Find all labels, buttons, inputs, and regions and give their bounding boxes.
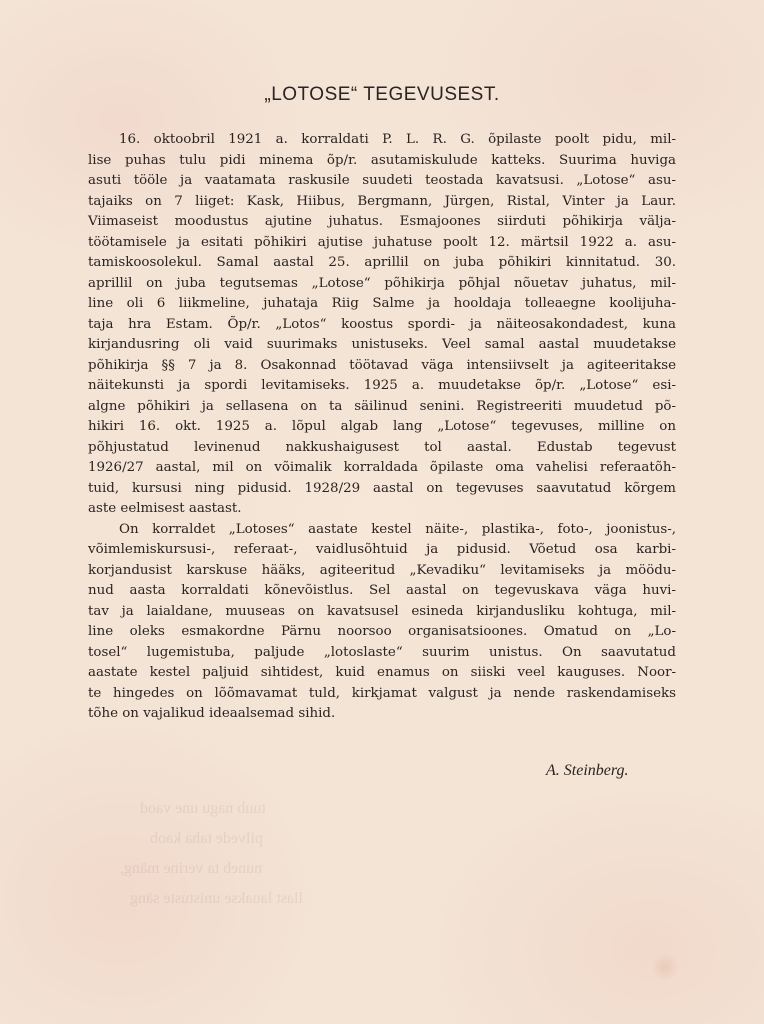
text-line: korjandusist karskuse hääks, agiteeritud… (88, 561, 676, 582)
text-line: hikiri 16. okt. 1925 a. lõpul algab lang… (88, 417, 676, 438)
document-page: tuub nagu une vaod pilvede taha kaob nun… (0, 0, 764, 1024)
text-line: asuti tööle ja vaatamata raskusile suude… (88, 171, 676, 192)
text-line: On korraldet „Lotoses“ aastate kestel nä… (88, 520, 676, 541)
text-line: te hingedes on lõõmavamat tuld, kirkjama… (88, 684, 676, 705)
text-line: Viimaseist moodustus ajutine juhatus. Es… (88, 212, 676, 233)
text-line: põhikirja §§ 7 ja 8. Osakonnad töötavad … (88, 356, 676, 377)
text-line: tõhe on vajalikud ideaalsemad sihid. (88, 704, 676, 725)
author-signature: A. Steinberg. (546, 762, 629, 780)
text-line: võimlemiskursusi-, referaat-, vaidlusõht… (88, 540, 676, 561)
text-line: algne põhikiri ja sellasena on ta säilin… (88, 397, 676, 418)
text-line: nud aasta korraldati kõnevõistlus. Sel a… (88, 581, 676, 602)
show-through-text: nuneb ta verine mäng, (120, 860, 262, 878)
text-line: line oli 6 liikmeline, juhataja Riig Sal… (88, 294, 676, 315)
text-line: 16. oktoobril 1921 a. korraldati P. L. R… (88, 130, 676, 151)
text-line: näitekunsti ja spordi levitamiseks. 1925… (88, 376, 676, 397)
article-body: 16. oktoobril 1921 a. korraldati P. L. R… (88, 130, 676, 725)
text-line: põhjustatud levinenud nakkushaigusest to… (88, 438, 676, 459)
text-line: tosel“ lugemistuba, paljude „lotoslaste“… (88, 643, 676, 664)
paragraph-2: On korraldet „Lotoses“ aastate kestel nä… (88, 520, 676, 725)
text-line: 1926/27 aastal, mil on võimalik korralda… (88, 458, 676, 479)
text-line: aprillil on juba tegutsemas „Lotose“ põh… (88, 274, 676, 295)
text-line: taja hra Estam. Õp/r. „Lotos“ koostus sp… (88, 315, 676, 336)
text-line: töötamisele ja esitati põhikiri ajutise … (88, 233, 676, 254)
text-line: kirjandusring oli vaid suurimaks unistus… (88, 335, 676, 356)
paragraph-1: 16. oktoobril 1921 a. korraldati P. L. R… (88, 130, 676, 520)
article-title: „LOTOSE“ TEGEVUSEST. (0, 84, 764, 106)
show-through-text: tuub nagu une vaod (140, 800, 266, 818)
text-line: tav ja laialdane, muuseas on kavatsusel … (88, 602, 676, 623)
text-line: aastate kestel paljuid sihtidest, kuid e… (88, 663, 676, 684)
text-line: lise puhas tulu pidi minema õp/r. asutam… (88, 151, 676, 172)
show-through-text: llast lauakse unistuste säng (130, 890, 303, 908)
text-line: tamiskoosolekul. Samal aastal 25. aprill… (88, 253, 676, 274)
text-line: tuid, kursusi ning pidusid. 1928/29 aast… (88, 479, 676, 500)
text-line: tajaiks on 7 liiget: Kask, Hiibus, Bergm… (88, 192, 676, 213)
text-line: line oleks esmakordne Pärnu noorsoo orga… (88, 622, 676, 643)
text-line: aste eelmisest aastast. (88, 499, 676, 520)
show-through-text: pilvede taha kaob (150, 830, 263, 848)
